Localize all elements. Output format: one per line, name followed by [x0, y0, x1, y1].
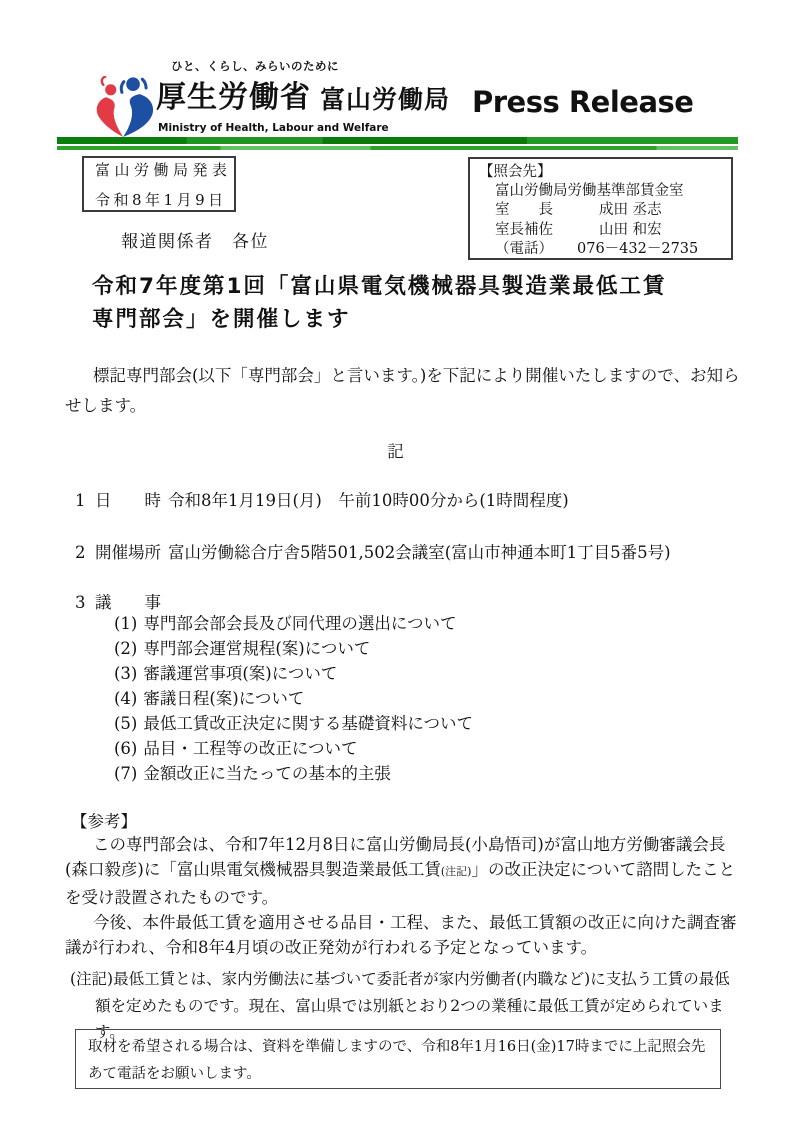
addressee: 報道関係者 各位 [121, 227, 269, 252]
item-label: 議 事 [95, 593, 161, 612]
issuer-box: 富山労働局発表 令和8年1月9日 [82, 156, 236, 212]
agenda-item-text: 専門部会運営規程(案)について [143, 639, 370, 658]
agenda-item: (7)金額改正に当たっての基本的主張 [114, 761, 473, 786]
agenda-item-number: (5) [114, 714, 137, 733]
agenda-item: (1)専門部会部会長及び同代理の選出について [114, 611, 473, 636]
agenda-item: (5)最低工賃改正決定に関する基礎資料について [114, 711, 473, 736]
reference-paragraph-2: 今後、本件最低工賃を適用させる品目・工程、また、最低工賃額の改正に向けた調査審議… [65, 910, 743, 961]
contact-role: 室 長 [495, 201, 555, 220]
agenda-item-number: (6) [114, 739, 137, 758]
contact-row: 室長補佐山田 和宏 [479, 221, 725, 240]
agenda-item-text: 審議日程(案)について [143, 689, 304, 708]
item-number: 1 [75, 491, 95, 510]
contact-person: 成田 丞志 [599, 202, 662, 218]
document-title-line1: 令和7年度第1回「富山県電気機械器具製造業最低工賃 [92, 270, 666, 303]
reference-paragraph-1: この専門部会は、令和7年12月8日に富山労働局長(小島悟司)が富山地方労働審議会… [65, 832, 743, 910]
ministry-name-english: Ministry of Health, Labour and Welfare [158, 122, 389, 134]
agenda-item-text: 最低工賃改正決定に関する基礎資料について [143, 714, 473, 733]
agenda-item-number: (4) [114, 689, 137, 708]
media-request-text: 取材を希望される場合は、資料を準備しますので、令和8年1月16日(金)17時まで… [88, 1034, 708, 1088]
item-label: 開催場所 [95, 543, 161, 562]
agenda-item-number: (2) [114, 639, 137, 658]
document-title-line2: 専門部会」を開催します [92, 303, 666, 336]
phone-label: （電話） [495, 241, 553, 257]
green-rule-thick [57, 137, 738, 144]
contact-heading: 【照会先】 [479, 163, 725, 182]
contact-role: 室長補佐 [495, 221, 555, 240]
agenda-item-text: 金額改正に当たっての基本的主張 [143, 764, 391, 783]
document-title: 令和7年度第1回「富山県電気機械器具製造業最低工賃 専門部会」を開催します [92, 270, 666, 336]
agenda-item: (4)審議日程(案)について [114, 686, 473, 711]
contact-row: 室 長成田 丞志 [479, 201, 725, 220]
ki-mark: 記 [0, 438, 793, 462]
contact-phone-row: （電話）076－432－2735 [479, 240, 725, 259]
bureau-name: 富山労働局 [320, 80, 450, 116]
phone-number: 076－432－2735 [577, 241, 698, 257]
green-rule-thin [57, 146, 738, 150]
agenda-item-text: 品目・工程等の改正について [143, 739, 357, 758]
agenda-list: (1)専門部会部会長及び同代理の選出について (2)専門部会運営規程(案)につい… [114, 611, 473, 786]
reference-section: この専門部会は、令和7年12月8日に富山労働局長(小島悟司)が富山地方労働審議会… [65, 832, 743, 960]
press-release-page: ひと、くらし、みらいのために 厚生労働省 富山労働局 Ministry of H… [0, 0, 793, 1122]
contact-office: 富山労働局労働基準部賃金室 [479, 182, 725, 201]
agenda-item: (3)審議運営事項(案)について [114, 661, 473, 686]
press-release-label: Press Release [472, 85, 693, 119]
mhlw-logo-icon [94, 76, 156, 142]
item-venue: 2開催場所富山労働総合庁舎5階501,502会議室(富山市神通本町1丁目5番5号… [75, 539, 671, 563]
item-datetime: 1日 時令和8年1月19日(月) 午前10時00分から(1時間程度) [75, 487, 569, 511]
issuer-name: 富山労働局発表 [95, 159, 234, 180]
agenda-item-text: 審議運営事項(案)について [143, 664, 337, 683]
media-request-box: 取材を希望される場合は、資料を準備しますので、令和8年1月16日(金)17時まで… [75, 1029, 721, 1089]
agenda-item: (2)専門部会運営規程(案)について [114, 636, 473, 661]
footnote-label: (注記) [70, 970, 113, 988]
reference-heading: 【参考】 [71, 808, 137, 832]
ministry-name: 厚生労働省 [156, 72, 311, 116]
agenda-item: (6)品目・工程等の改正について [114, 736, 473, 761]
agenda-item-number: (3) [114, 664, 137, 683]
inline-note-marker: (注記) [441, 865, 472, 878]
item-number: 2 [75, 543, 95, 562]
agenda-item-number: (7) [114, 764, 137, 783]
agenda-item-text: 専門部会部会長及び同代理の選出について [143, 614, 456, 633]
item-value: 令和8年1月19日(月) 午前10時00分から(1時間程度) [168, 491, 569, 510]
item-value: 富山労働総合庁舎5階501,502会議室(富山市神通本町1丁目5番5号) [168, 543, 671, 562]
agenda-item-number: (1) [114, 614, 137, 633]
contact-box: 【照会先】 富山労働局労働基準部賃金室 室 長成田 丞志 室長補佐山田 和宏 （… [468, 157, 733, 260]
item-agenda-heading: 3議 事 [75, 589, 161, 613]
lead-paragraph: 標記専門部会(以下「専門部会」と言います。)を下記により開催いたしますので、お知… [65, 361, 743, 421]
item-number: 3 [75, 593, 95, 612]
item-label: 日 時 [95, 491, 161, 510]
contact-person: 山田 和宏 [599, 222, 662, 238]
issue-date: 令和8年1月9日 [95, 189, 234, 210]
